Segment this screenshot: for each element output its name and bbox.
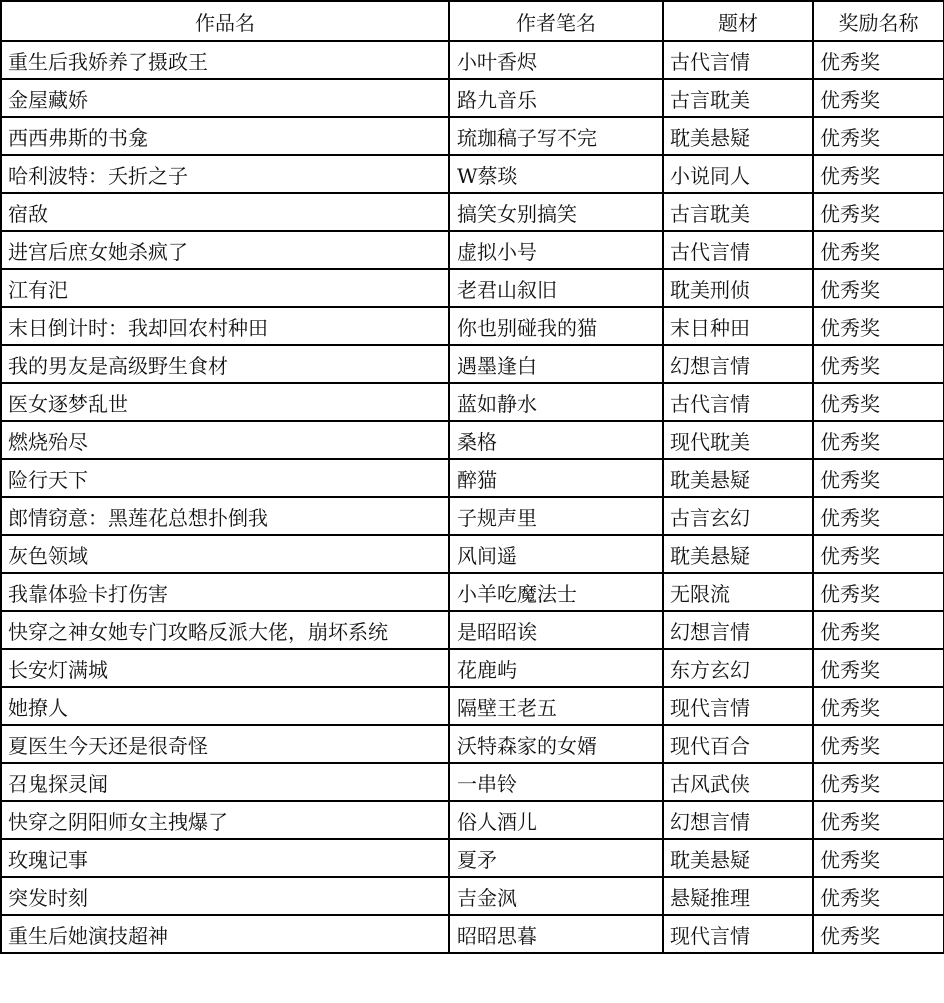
genre-cell: 古代言情	[663, 231, 813, 269]
table-row: 重生后我娇养了摄政王小叶香烬古代言情优秀奖	[1, 41, 944, 79]
header-row: 作品名 作者笔名 题材 奖励名称	[1, 1, 944, 41]
genre-cell: 现代言情	[663, 915, 813, 953]
award-cell: 优秀奖	[813, 459, 944, 497]
author-cell: 沃特森家的女婿	[449, 725, 663, 763]
award-cell: 优秀奖	[813, 801, 944, 839]
table-row: 燃烧殆尽桑格现代耽美优秀奖	[1, 421, 944, 459]
table-row: 我的男友是高级野生食材遇墨逢白幻想言情优秀奖	[1, 345, 944, 383]
table-row: 末日倒计时：我却回农村种田你也别碰我的猫末日种田优秀奖	[1, 307, 944, 345]
genre-cell: 耽美悬疑	[663, 535, 813, 573]
table-row: 召鬼探灵闻一串铃古风武侠优秀奖	[1, 763, 944, 801]
author-cell: 琉珈稿子写不完	[449, 117, 663, 155]
author-cell: 桑格	[449, 421, 663, 459]
award-cell: 优秀奖	[813, 307, 944, 345]
award-cell: 优秀奖	[813, 383, 944, 421]
work-title-cell: 玫瑰记事	[1, 839, 449, 877]
genre-cell: 古风武侠	[663, 763, 813, 801]
author-cell: 醉猫	[449, 459, 663, 497]
work-title-cell: 快穿之神女她专门攻略反派大佬，崩坏系统	[1, 611, 449, 649]
author-cell: 虚拟小号	[449, 231, 663, 269]
genre-cell: 古代言情	[663, 383, 813, 421]
author-cell: 搞笑女别搞笑	[449, 193, 663, 231]
award-cell: 优秀奖	[813, 269, 944, 307]
author-cell: 一串铃	[449, 763, 663, 801]
table-row: 我靠体验卡打伤害小羊吃魔法士无限流优秀奖	[1, 573, 944, 611]
author-cell: 路九音乐	[449, 79, 663, 117]
work-title-cell: 西西弗斯的书龛	[1, 117, 449, 155]
author-cell: 是昭昭诶	[449, 611, 663, 649]
table-row: 西西弗斯的书龛琉珈稿子写不完耽美悬疑优秀奖	[1, 117, 944, 155]
work-title-cell: 灰色领域	[1, 535, 449, 573]
award-cell: 优秀奖	[813, 877, 944, 915]
table-body: 重生后我娇养了摄政王小叶香烬古代言情优秀奖金屋藏娇路九音乐古言耽美优秀奖西西弗斯…	[1, 41, 944, 953]
work-title-cell: 哈利波特：夭折之子	[1, 155, 449, 193]
award-cell: 优秀奖	[813, 421, 944, 459]
genre-cell: 无限流	[663, 573, 813, 611]
award-cell: 优秀奖	[813, 345, 944, 383]
genre-cell: 耽美悬疑	[663, 459, 813, 497]
table-row: 她撩人隔壁王老五现代言情优秀奖	[1, 687, 944, 725]
genre-cell: 末日种田	[663, 307, 813, 345]
award-cell: 优秀奖	[813, 497, 944, 535]
award-cell: 优秀奖	[813, 573, 944, 611]
header-genre: 题材	[663, 1, 813, 41]
award-cell: 优秀奖	[813, 649, 944, 687]
author-cell: 俗人酒儿	[449, 801, 663, 839]
author-cell: 小叶香烬	[449, 41, 663, 79]
author-cell: 子规声里	[449, 497, 663, 535]
work-title-cell: 医女逐梦乱世	[1, 383, 449, 421]
genre-cell: 幻想言情	[663, 611, 813, 649]
table-row: 快穿之阴阳师女主拽爆了俗人酒儿幻想言情优秀奖	[1, 801, 944, 839]
table-row: 金屋藏娇路九音乐古言耽美优秀奖	[1, 79, 944, 117]
award-cell: 优秀奖	[813, 611, 944, 649]
table-row: 长安灯满城花鹿屿东方玄幻优秀奖	[1, 649, 944, 687]
work-title-cell: 江有汜	[1, 269, 449, 307]
author-cell: 夏矛	[449, 839, 663, 877]
genre-cell: 耽美悬疑	[663, 839, 813, 877]
work-title-cell: 宿敌	[1, 193, 449, 231]
work-title-cell: 郎情窃意：黑莲花总想扑倒我	[1, 497, 449, 535]
work-title-cell: 重生后她演技超神	[1, 915, 449, 953]
header-author: 作者笔名	[449, 1, 663, 41]
genre-cell: 耽美悬疑	[663, 117, 813, 155]
award-cell: 优秀奖	[813, 231, 944, 269]
author-cell: 小羊吃魔法士	[449, 573, 663, 611]
work-title-cell: 末日倒计时：我却回农村种田	[1, 307, 449, 345]
award-cell: 优秀奖	[813, 535, 944, 573]
work-title-cell: 燃烧殆尽	[1, 421, 449, 459]
award-cell: 优秀奖	[813, 41, 944, 79]
award-cell: 优秀奖	[813, 725, 944, 763]
work-title-cell: 夏医生今天还是很奇怪	[1, 725, 449, 763]
genre-cell: 古言玄幻	[663, 497, 813, 535]
work-title-cell: 进宫后庶女她杀疯了	[1, 231, 449, 269]
work-title-cell: 重生后我娇养了摄政王	[1, 41, 449, 79]
author-cell: 隔壁王老五	[449, 687, 663, 725]
header-title: 作品名	[1, 1, 449, 41]
work-title-cell: 召鬼探灵闻	[1, 763, 449, 801]
genre-cell: 幻想言情	[663, 345, 813, 383]
award-cell: 优秀奖	[813, 117, 944, 155]
author-cell: 昭昭思暮	[449, 915, 663, 953]
award-cell: 优秀奖	[813, 155, 944, 193]
header-award: 奖励名称	[813, 1, 944, 41]
table-row: 重生后她演技超神昭昭思暮现代言情优秀奖	[1, 915, 944, 953]
author-cell: 遇墨逢白	[449, 345, 663, 383]
genre-cell: 悬疑推理	[663, 877, 813, 915]
table-row: 江有汜老君山叙旧耽美刑侦优秀奖	[1, 269, 944, 307]
table-row: 灰色领域风间遥耽美悬疑优秀奖	[1, 535, 944, 573]
table-row: 玫瑰记事夏矛耽美悬疑优秀奖	[1, 839, 944, 877]
table-row: 险行天下醉猫耽美悬疑优秀奖	[1, 459, 944, 497]
table-row: 夏医生今天还是很奇怪沃特森家的女婿现代百合优秀奖	[1, 725, 944, 763]
genre-cell: 现代耽美	[663, 421, 813, 459]
genre-cell: 古言耽美	[663, 79, 813, 117]
table-row: 哈利波特：夭折之子W蔡琰小说同人优秀奖	[1, 155, 944, 193]
work-title-cell: 长安灯满城	[1, 649, 449, 687]
work-title-cell: 突发时刻	[1, 877, 449, 915]
author-cell: W蔡琰	[449, 155, 663, 193]
author-cell: 风间遥	[449, 535, 663, 573]
table-row: 郎情窃意：黑莲花总想扑倒我子规声里古言玄幻优秀奖	[1, 497, 944, 535]
genre-cell: 幻想言情	[663, 801, 813, 839]
table-row: 宿敌搞笑女别搞笑古言耽美优秀奖	[1, 193, 944, 231]
award-cell: 优秀奖	[813, 763, 944, 801]
award-cell: 优秀奖	[813, 915, 944, 953]
table-row: 快穿之神女她专门攻略反派大佬，崩坏系统是昭昭诶幻想言情优秀奖	[1, 611, 944, 649]
author-cell: 吉金沨	[449, 877, 663, 915]
work-title-cell: 金屋藏娇	[1, 79, 449, 117]
author-cell: 蓝如静水	[449, 383, 663, 421]
table-row: 医女逐梦乱世蓝如静水古代言情优秀奖	[1, 383, 944, 421]
genre-cell: 现代百合	[663, 725, 813, 763]
genre-cell: 现代言情	[663, 687, 813, 725]
award-cell: 优秀奖	[813, 79, 944, 117]
work-title-cell: 快穿之阴阳师女主拽爆了	[1, 801, 449, 839]
work-title-cell: 我靠体验卡打伤害	[1, 573, 449, 611]
award-table: 作品名 作者笔名 题材 奖励名称 重生后我娇养了摄政王小叶香烬古代言情优秀奖金屋…	[0, 0, 944, 954]
genre-cell: 耽美刑侦	[663, 269, 813, 307]
genre-cell: 古言耽美	[663, 193, 813, 231]
award-cell: 优秀奖	[813, 687, 944, 725]
table-row: 突发时刻吉金沨悬疑推理优秀奖	[1, 877, 944, 915]
author-cell: 你也别碰我的猫	[449, 307, 663, 345]
work-title-cell: 我的男友是高级野生食材	[1, 345, 449, 383]
genre-cell: 小说同人	[663, 155, 813, 193]
genre-cell: 古代言情	[663, 41, 813, 79]
work-title-cell: 险行天下	[1, 459, 449, 497]
table-row: 进宫后庶女她杀疯了虚拟小号古代言情优秀奖	[1, 231, 944, 269]
author-cell: 花鹿屿	[449, 649, 663, 687]
award-cell: 优秀奖	[813, 193, 944, 231]
genre-cell: 东方玄幻	[663, 649, 813, 687]
work-title-cell: 她撩人	[1, 687, 449, 725]
award-cell: 优秀奖	[813, 839, 944, 877]
author-cell: 老君山叙旧	[449, 269, 663, 307]
